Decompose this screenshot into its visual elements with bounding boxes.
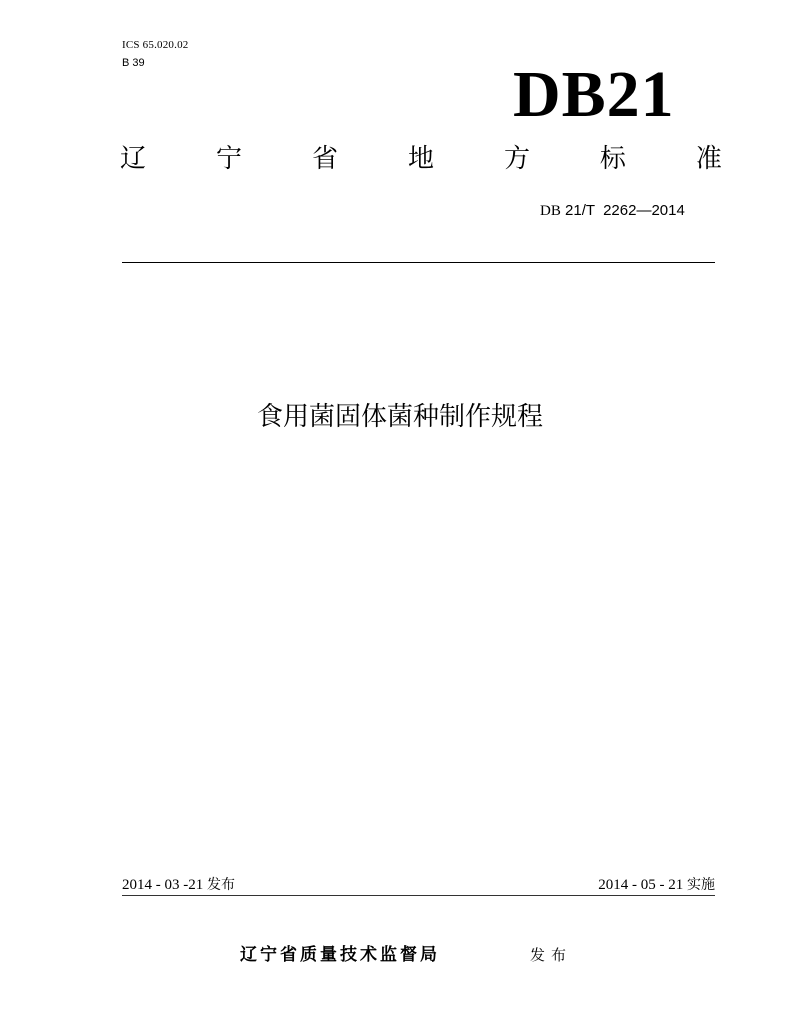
implementation-date-value: 2014 - 05 - 21: [598, 877, 687, 893]
ics-code: ICS 65.020.02: [122, 38, 188, 52]
standard-type-char: 辽: [120, 142, 146, 176]
header-divider: [122, 262, 715, 263]
standard-type-char: 准: [696, 142, 722, 176]
issue-label: 发布: [207, 877, 235, 893]
standard-number-prefix: DB: [540, 203, 561, 219]
standard-logo: DB21: [513, 62, 675, 128]
standard-type-char: 地: [408, 142, 434, 176]
issue-date: 2014 - 03 -21 发布: [122, 876, 235, 894]
publish-label: 发布: [530, 944, 572, 966]
standard-type-char: 方: [504, 142, 530, 176]
footer-divider: [122, 895, 715, 896]
implementation-label: 实施: [687, 877, 715, 893]
standard-number: DB 21/T 2262—2014: [540, 202, 685, 220]
standard-type-char: 省: [312, 142, 338, 176]
standard-type-char: 标: [600, 142, 626, 176]
standard-number-value: 21/T 2262—2014: [565, 202, 685, 219]
ccs-code: B 39: [122, 56, 145, 70]
issue-date-value: 2014 - 03 -21: [122, 877, 207, 893]
document-title: 食用菌固体菌种制作规程: [0, 400, 800, 434]
implementation-date: 2014 - 05 - 21 实施: [598, 876, 715, 894]
publisher: 辽宁省质量技术监督局: [240, 944, 440, 966]
standard-type-char: 宁: [216, 142, 242, 176]
standard-type-heading: 辽 宁 省 地 方 标 准: [120, 142, 722, 176]
